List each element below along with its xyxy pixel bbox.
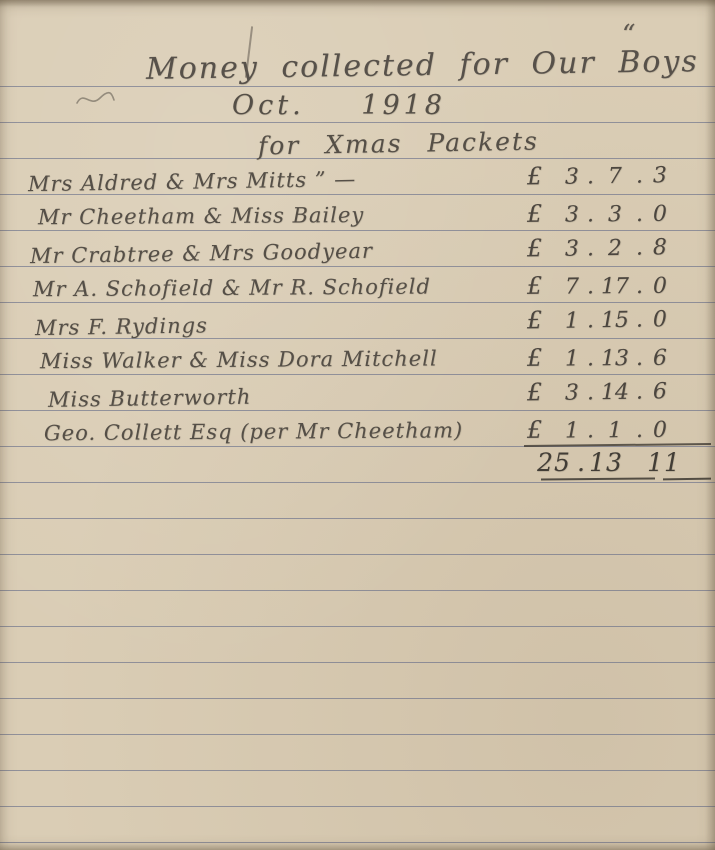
subtitle: for Xmas Packets bbox=[258, 127, 539, 161]
total-shillings: 13 bbox=[584, 448, 628, 477]
amount-pounds: 7 bbox=[557, 274, 587, 299]
contributor-name: Geo. Collett Esq (per Mr Cheetham) bbox=[44, 418, 463, 445]
pound-sign: £ bbox=[527, 162, 557, 190]
contributor-name: Miss Walker & Miss Dora Mitchell bbox=[40, 346, 438, 373]
amount-pence: 0 bbox=[643, 418, 677, 443]
amount-separator: . bbox=[577, 448, 584, 477]
contributor-name: Mrs Aldred & Mrs Mitts ” — bbox=[28, 167, 357, 196]
pound-sign: £ bbox=[527, 344, 557, 372]
amount-pounds: 1 bbox=[557, 308, 587, 333]
ledger-row: Geo. Collett Esq (per Mr Cheetham) £ 1 .… bbox=[0, 417, 715, 452]
amount-pence: 3 bbox=[643, 163, 677, 189]
amount: £ 7 . 17 . 0 bbox=[527, 271, 677, 300]
ledger-row: Mr Cheetham & Miss Bailey £ 3 . 3 . 0 bbox=[0, 201, 715, 236]
amount-shillings: 13 bbox=[594, 346, 636, 371]
contributor-name: Mrs F. Rydings bbox=[35, 313, 208, 340]
amount-pence: 8 bbox=[643, 235, 677, 261]
amount-pence: 0 bbox=[643, 202, 677, 227]
amount-pence: 0 bbox=[643, 307, 677, 333]
amount-shillings: 3 bbox=[594, 202, 636, 227]
amount-pounds: 3 bbox=[557, 380, 587, 405]
pound-sign: £ bbox=[527, 200, 557, 228]
total-pence: 11 bbox=[642, 448, 686, 477]
amount: £ 3 . 14 . 6 bbox=[527, 376, 677, 406]
ledger-row: Miss Walker & Miss Dora Mitchell £ 1 . 1… bbox=[0, 345, 715, 380]
pound-sign: £ bbox=[527, 416, 557, 444]
amount-shillings: 2 bbox=[594, 236, 636, 262]
contributor-name: Mr A. Schofield & Mr R. Schofield bbox=[33, 274, 431, 301]
amount-pounds: 3 bbox=[557, 164, 587, 189]
amount-pounds: 1 bbox=[557, 346, 587, 371]
pound-sign: £ bbox=[527, 378, 557, 406]
amount-pence: 6 bbox=[643, 346, 677, 371]
amount-pounds: 1 bbox=[557, 418, 587, 443]
amount: £ 3 . 3 . 0 bbox=[527, 199, 677, 228]
pound-sign: £ bbox=[527, 272, 557, 300]
total-pounds: 25 bbox=[531, 448, 577, 477]
pen-squiggle bbox=[74, 88, 116, 112]
contributor-name: Mr Cheetham & Miss Bailey bbox=[38, 203, 364, 229]
amount-shillings: 14 bbox=[594, 380, 636, 406]
amount-pence: 0 bbox=[643, 274, 677, 299]
amount-shillings: 17 bbox=[594, 274, 636, 299]
amount: £ 1 . 15 . 0 bbox=[527, 304, 677, 334]
pound-sign: £ bbox=[527, 234, 557, 262]
contributor-name: Miss Butterworth bbox=[48, 385, 252, 412]
date-line: Oct. 1918 bbox=[232, 90, 446, 121]
amount-shillings: 7 bbox=[594, 164, 636, 190]
ledger-row: Mr A. Schofield & Mr R. Schofield £ 7 . … bbox=[0, 273, 715, 308]
amount: £ 3 . 7 . 3 bbox=[527, 160, 677, 190]
pound-sign: £ bbox=[527, 306, 557, 334]
amount-pence: 6 bbox=[643, 379, 677, 405]
total-row: 25 . 13 11 bbox=[531, 448, 686, 477]
amount: £ 3 . 2 . 8 bbox=[527, 232, 677, 262]
ledger-page: “ Money collected for Our Boys Oct. 1918… bbox=[0, 0, 715, 850]
contributor-name: Mr Crabtree & Mrs Goodyear bbox=[30, 239, 373, 268]
amount-shillings: 15 bbox=[594, 308, 636, 334]
amount: £ 1 . 13 . 6 bbox=[527, 343, 677, 372]
amount-shillings: 1 bbox=[594, 418, 636, 443]
amount: £ 1 . 1 . 0 bbox=[527, 415, 677, 444]
page-title: Money collected for Our Boys bbox=[146, 44, 699, 87]
amount-pounds: 3 bbox=[557, 236, 587, 261]
amount-pounds: 3 bbox=[557, 202, 587, 227]
